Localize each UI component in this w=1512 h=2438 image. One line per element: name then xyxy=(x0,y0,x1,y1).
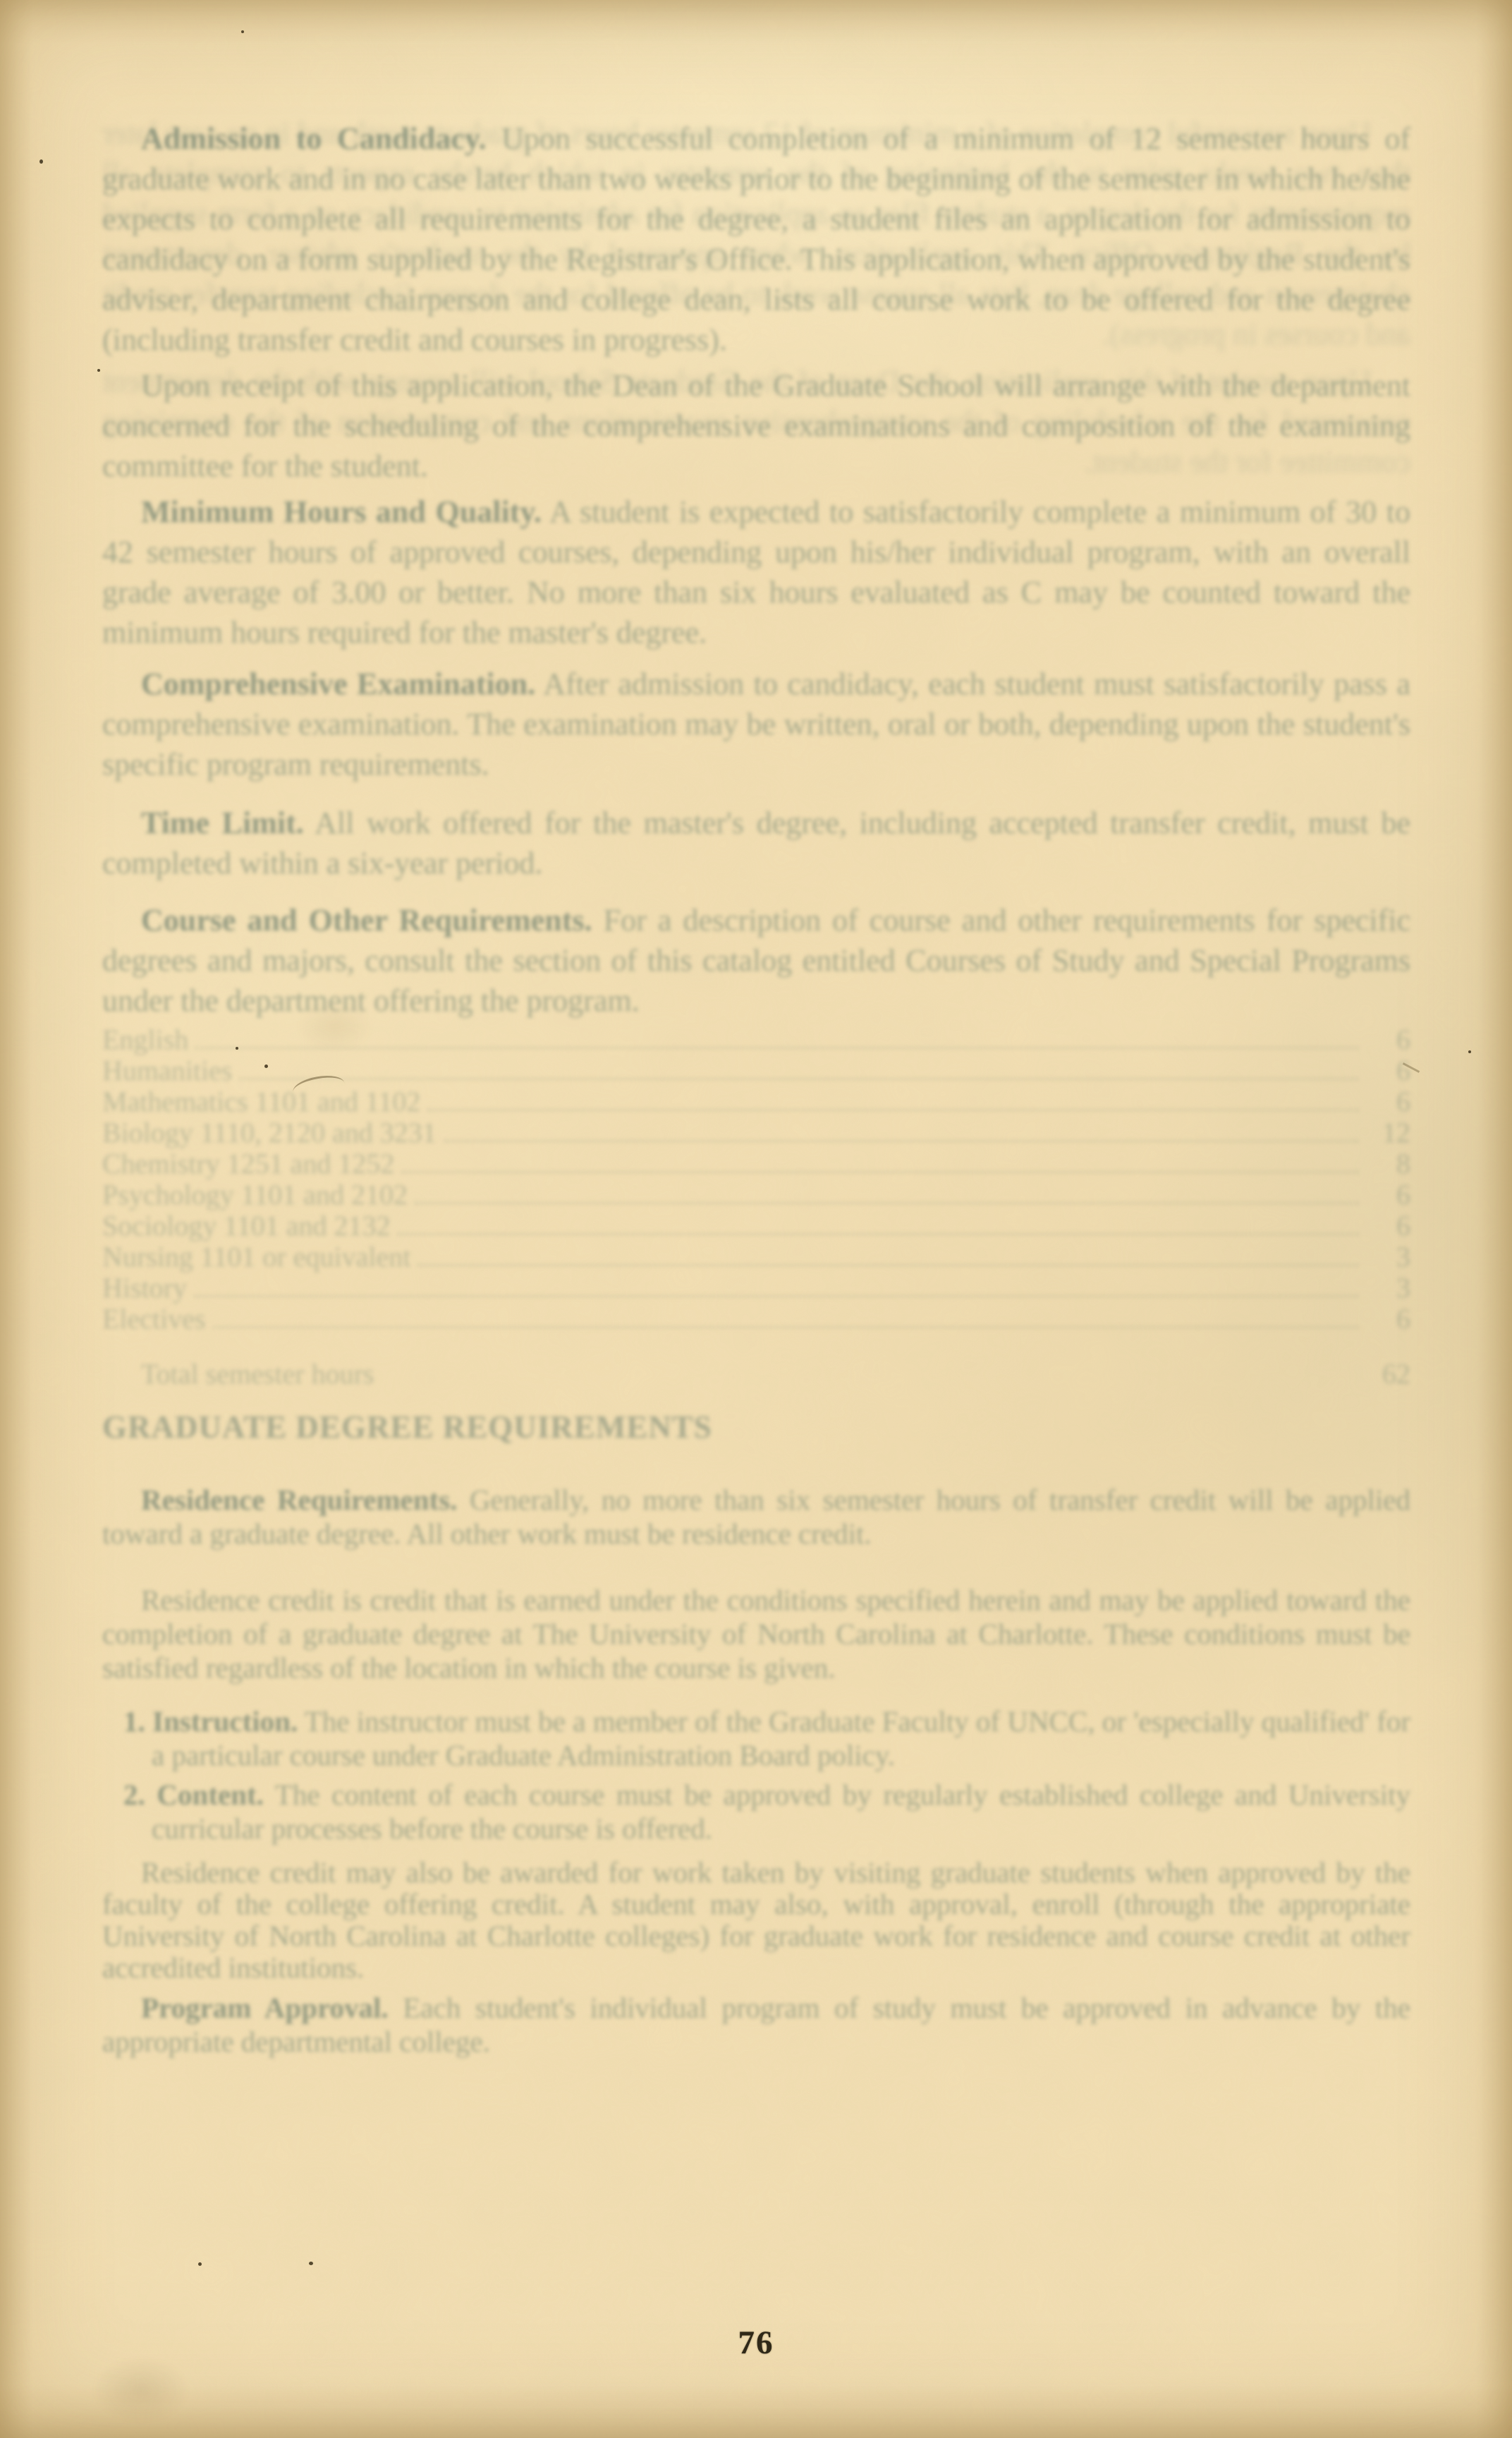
course-hours: 12 xyxy=(1365,1117,1410,1148)
paragraph-text: Upon successful completion of a minimum … xyxy=(102,121,1410,357)
paragraph-text: Residence credit may also be awarded for… xyxy=(102,1856,1410,1984)
ghost-paragraph: Program Approval. Each student's individ… xyxy=(102,1991,1410,2058)
paragraph-lead-in: Program Approval. xyxy=(141,1991,389,2024)
paragraph-text: The content of each course must be appro… xyxy=(152,1778,1410,1845)
course-hours: 6 xyxy=(1365,1055,1410,1086)
dotted-leader xyxy=(398,1233,1359,1235)
ghost-paragraph: Residence credit is credit that is earne… xyxy=(102,1583,1410,1685)
curriculum-row: History 3 xyxy=(102,1273,1410,1304)
graduate-requirements-paragraphs: Residence Requirements. Generally, no mo… xyxy=(102,1483,1410,2058)
dotted-leader xyxy=(427,1109,1358,1111)
paper-speck xyxy=(264,1065,268,1068)
ghost-paragraph: Course and Other Requirements. For a des… xyxy=(102,900,1410,1021)
paragraph-lead-in: Time Limit. xyxy=(141,806,304,840)
faded-curriculum-outline: English 6 Humanities 6 Mathematics 1101 … xyxy=(102,1024,1410,1390)
course-label: Biology 1110, 2120 and 3231 xyxy=(102,1117,437,1148)
dotted-leader xyxy=(415,1202,1358,1204)
dotted-leader xyxy=(401,1171,1358,1173)
dotted-leader xyxy=(195,1047,1358,1049)
faded-body-text: Admission to Candidacy. Upon successful … xyxy=(102,119,1410,1021)
paragraph-lead-in: Course and Other Requirements. xyxy=(141,903,592,938)
paper-speck xyxy=(39,159,43,164)
dotted-leader xyxy=(213,1326,1358,1328)
curriculum-rows: English 6 Humanities 6 Mathematics 1101 … xyxy=(102,1024,1410,1335)
dotted-leader xyxy=(417,1264,1358,1266)
course-hours: 6 xyxy=(1365,1304,1410,1335)
paper-speck xyxy=(1468,1050,1471,1053)
paragraph-lead-in: Residence Requirements. xyxy=(141,1484,457,1516)
ghost-paragraph: Minimum Hours and Quality. A student is … xyxy=(102,492,1410,653)
total-hours: 62 xyxy=(1365,1359,1410,1390)
paper-speck xyxy=(236,1047,238,1050)
paragraph-lead-in: Comprehensive Examination. xyxy=(141,667,535,701)
curriculum-row: Sociology 1101 and 2132 6 xyxy=(102,1211,1410,1242)
course-hours: 3 xyxy=(1365,1273,1410,1304)
course-hours: 8 xyxy=(1365,1148,1410,1179)
item-number: 2. xyxy=(123,1778,145,1811)
paper-speck xyxy=(309,2262,313,2265)
ghost-paragraph: Comprehensive Examination. After admissi… xyxy=(102,664,1410,784)
course-label: Nursing 1101 or equivalent xyxy=(102,1242,410,1273)
course-hours: 6 xyxy=(1365,1024,1410,1055)
curriculum-row: Chemistry 1251 and 1252 8 xyxy=(102,1148,1410,1179)
paragraph-lead-in: Minimum Hours and Quality. xyxy=(141,495,542,529)
curriculum-row: English 6 xyxy=(102,1024,1410,1055)
paper-speck xyxy=(241,30,244,33)
course-label: Mathematics 1101 and 1102 xyxy=(102,1086,420,1117)
curriculum-row: Humanities 6 xyxy=(102,1055,1410,1086)
dotted-leader xyxy=(194,1295,1358,1297)
course-label: History xyxy=(102,1273,187,1304)
paragraph-text: Upon receipt of this application, the De… xyxy=(102,368,1410,483)
ghost-paragraph: Admission to Candidacy. Upon successful … xyxy=(102,119,1410,360)
ghost-paragraph: Residence Requirements. Generally, no mo… xyxy=(102,1483,1410,1551)
paper-speck xyxy=(97,369,100,372)
ghost-paragraph: Residence credit may also be awarded for… xyxy=(102,1857,1410,1984)
course-label: English xyxy=(102,1024,188,1055)
paper-smudge xyxy=(92,2356,190,2423)
curriculum-row: Electives 6 xyxy=(102,1304,1410,1335)
curriculum-row: Nursing 1101 or equivalent 3 xyxy=(102,1242,1410,1273)
ghost-paragraph: 1. Instruction. The instructor must be a… xyxy=(102,1704,1410,1772)
curriculum-row: Psychology 1101 and 2102 6 xyxy=(102,1179,1410,1211)
course-hours: 6 xyxy=(1365,1211,1410,1242)
curriculum-total-row: Total semester hours 62 xyxy=(102,1359,1410,1390)
paragraph-text: Residence credit is credit that is earne… xyxy=(102,1584,1410,1684)
total-label: Total semester hours xyxy=(141,1359,374,1390)
course-label: Electives xyxy=(102,1304,206,1335)
dotted-leader xyxy=(444,1140,1358,1142)
graduate-requirements-section: GRADUATE DEGREE REQUIREMENTS Residence R… xyxy=(102,1411,1410,2058)
course-label: Psychology 1101 and 2102 xyxy=(102,1179,408,1211)
paper-speck xyxy=(198,2262,202,2266)
paragraph-lead-in: Admission to Candidacy. xyxy=(141,121,486,156)
course-hours: 6 xyxy=(1365,1086,1410,1117)
scanned-catalog-page: Upon successful completion of a minimum … xyxy=(0,0,1512,2438)
course-hours: 6 xyxy=(1365,1179,1410,1211)
section-heading: GRADUATE DEGREE REQUIREMENTS xyxy=(102,1411,1410,1443)
curriculum-row: Biology 1110, 2120 and 3231 12 xyxy=(102,1117,1410,1148)
course-label: Humanities xyxy=(102,1055,232,1086)
dotted-leader xyxy=(239,1078,1358,1080)
course-label: Sociology 1101 and 2132 xyxy=(102,1211,391,1242)
ghost-paragraph: Time Limit. All work offered for the mas… xyxy=(102,803,1410,883)
item-number: 1. xyxy=(123,1705,145,1737)
ghost-paragraph: Upon receipt of this application, the De… xyxy=(102,365,1410,486)
paragraph-lead-in: Instruction. xyxy=(152,1705,298,1737)
ghost-paragraph: 2. Content. The content of each course m… xyxy=(102,1778,1410,1845)
paragraph-lead-in: Content. xyxy=(157,1778,263,1811)
course-hours: 3 xyxy=(1365,1242,1410,1273)
page-number: 76 xyxy=(0,2324,1512,2362)
course-label: Chemistry 1251 and 1252 xyxy=(102,1148,394,1179)
paragraph-text: The instructor must be a member of the G… xyxy=(152,1705,1410,1771)
